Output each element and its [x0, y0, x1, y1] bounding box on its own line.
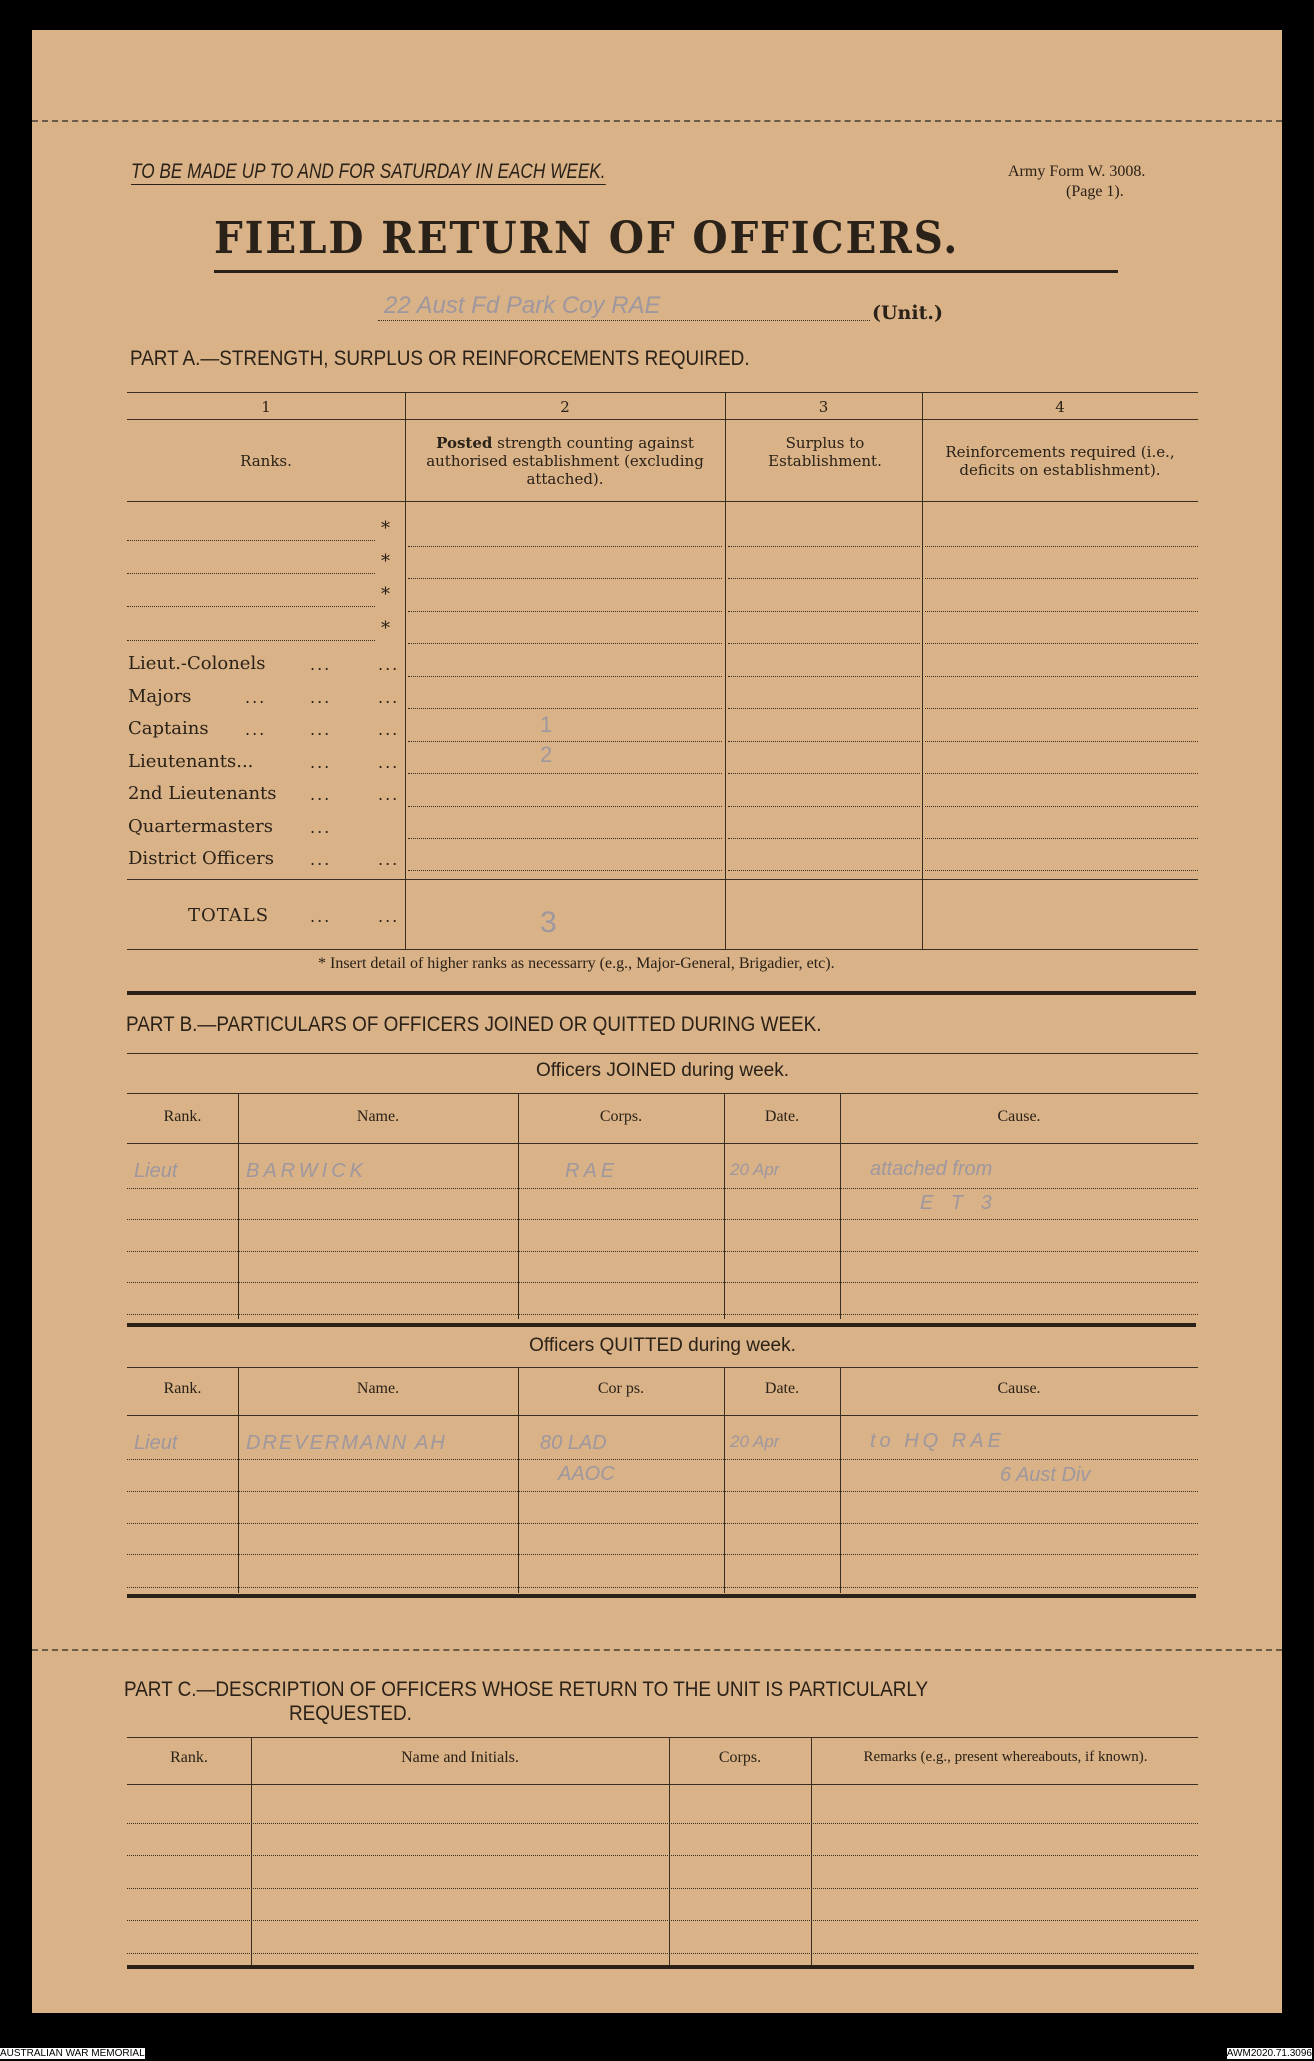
joined-col-divider — [238, 1093, 239, 1319]
joined-row-line[interactable] — [127, 1282, 1198, 1283]
totals-posted-value: 3 — [540, 906, 557, 940]
joined-col-rank: Rank. — [127, 1108, 238, 1126]
part-a-number-rule — [127, 419, 1198, 420]
posted-cell[interactable] — [408, 643, 722, 644]
asterisk: * — [381, 518, 390, 539]
reinforcements-cell[interactable] — [925, 676, 1198, 677]
quitted-col-divider — [518, 1367, 519, 1593]
part-c-heading-line1: PART C.—DESCRIPTION OF OFFICERS WHOSE RE… — [124, 1678, 928, 1702]
part-a-header-rule — [127, 501, 1198, 502]
unit-field-line[interactable] — [378, 320, 870, 321]
joined-row-line[interactable] — [127, 1188, 1198, 1189]
totals-rule — [127, 879, 1198, 880]
higher-rank-field-3[interactable] — [127, 606, 375, 607]
joined-row-line[interactable] — [127, 1219, 1198, 1220]
joined-col-divider — [724, 1093, 725, 1319]
posted-header-bold: Posted — [436, 434, 492, 452]
joined-col-corps: Corps. — [518, 1108, 724, 1126]
quitted-row-line[interactable] — [127, 1554, 1198, 1555]
reinforcements-cell[interactable] — [925, 546, 1198, 547]
quitted-col-divider — [238, 1367, 239, 1593]
quitted-corps-value-2: AAOC — [558, 1463, 615, 1486]
posted-cell[interactable] — [408, 838, 722, 839]
part-c-row-line[interactable] — [127, 1823, 1198, 1824]
captains-posted-value: 1 — [540, 712, 552, 738]
rank-label: Majors — [128, 686, 191, 707]
page-number: (Page 1). — [1066, 183, 1124, 201]
joined-cause-value-2: E T 3 — [920, 1192, 998, 1215]
joined-rank-value: Lieut — [134, 1160, 177, 1183]
reinforcements-cell[interactable] — [925, 806, 1198, 807]
quitted-rank-value: Lieut — [134, 1432, 177, 1455]
reinforcements-cell[interactable] — [925, 838, 1198, 839]
surplus-cell[interactable] — [728, 870, 920, 871]
quitted-title-rule — [127, 1367, 1198, 1368]
leader-dots: ... — [310, 753, 331, 772]
surplus-cell[interactable] — [728, 708, 920, 709]
leader-dots: ... — [310, 850, 331, 869]
rank-label: 2nd Lieutenants — [128, 783, 277, 804]
posted-header: Posted strength counting against authori… — [420, 434, 710, 488]
joined-name-value: BARWICK — [246, 1160, 367, 1183]
asterisk: * — [381, 551, 390, 572]
joined-col-divider — [840, 1093, 841, 1319]
part-c-top-rule — [127, 1737, 1198, 1738]
leader-dots: ... — [310, 785, 331, 804]
part-c-row-line[interactable] — [127, 1953, 1198, 1954]
reinforcements-cell[interactable] — [925, 611, 1198, 612]
joined-col-date: Date. — [724, 1108, 840, 1126]
surplus-cell[interactable] — [728, 806, 920, 807]
quitted-col-rank: Rank. — [127, 1380, 238, 1398]
leader-dots: ... — [245, 720, 266, 739]
part-a-thick-rule — [127, 991, 1196, 995]
part-a-col-divider-3 — [922, 392, 923, 949]
surplus-cell[interactable] — [728, 643, 920, 644]
leader-dots: ... — [378, 655, 399, 674]
surplus-cell[interactable] — [728, 838, 920, 839]
quitted-row-line[interactable] — [127, 1459, 1198, 1460]
joined-title: Officers JOINED during week. — [127, 1060, 1198, 1082]
form-number: Army Form W. 3008. — [1008, 163, 1145, 181]
leader-dots: ... — [378, 907, 399, 926]
reinforcements-cell[interactable] — [925, 578, 1198, 579]
leader-dots: ... — [378, 753, 399, 772]
part-c-row-line[interactable] — [127, 1888, 1198, 1889]
leader-dots: ... — [310, 818, 331, 837]
column-number-4: 4 — [922, 398, 1198, 416]
surplus-cell[interactable] — [728, 578, 920, 579]
part-c-col-divider — [669, 1737, 670, 1965]
joined-col-cause: Cause. — [840, 1108, 1198, 1126]
leader-dots: ... — [245, 688, 266, 707]
rank-label: Lieut.-Colonels — [128, 653, 265, 674]
quitted-cause-value-2: 6 Aust Div — [1000, 1464, 1090, 1487]
rank-label: District Officers — [128, 848, 274, 869]
posted-cell[interactable] — [408, 611, 722, 612]
column-number-3: 3 — [725, 398, 922, 416]
quitted-col-divider — [724, 1367, 725, 1593]
quitted-corps-value: 80 LAD — [540, 1432, 607, 1455]
ranks-header: Ranks. — [127, 452, 405, 470]
joined-cause-value: attached from — [870, 1158, 992, 1181]
part-b-heading: PART B.—PARTICULARS OF OFFICERS JOINED O… — [126, 1013, 822, 1037]
part-a-col-divider-1 — [405, 392, 406, 949]
higher-rank-field-1[interactable] — [127, 540, 375, 541]
reinforcements-header: Reinforcements required (i.e., deficits … — [930, 443, 1190, 479]
quitted-col-divider — [840, 1367, 841, 1593]
surplus-cell[interactable] — [728, 611, 920, 612]
lieutenants-posted-value: 2 — [540, 742, 552, 768]
posted-cell[interactable] — [408, 676, 722, 677]
part-b-top-rule — [127, 1053, 1198, 1054]
part-c-col-remarks: Remarks (e.g., present whereabouts, if k… — [813, 1749, 1198, 1766]
quitted-cause-value: to HQ RAE — [870, 1430, 1005, 1453]
perforation-top — [32, 120, 1282, 122]
leader-dots: ... — [310, 655, 331, 674]
surplus-header: Surplus to Establishment. — [740, 434, 910, 470]
part-a-col-divider-2 — [725, 392, 726, 949]
posted-cell[interactable] — [408, 741, 722, 742]
posted-cell[interactable] — [408, 546, 722, 547]
surplus-cell[interactable] — [728, 773, 920, 774]
leader-dots: ... — [310, 907, 331, 926]
part-c-thick-rule — [127, 1965, 1194, 1969]
part-c-col-divider — [251, 1737, 252, 1965]
joined-corps-value: RAE — [565, 1160, 618, 1183]
quitted-col-cause: Cause. — [840, 1380, 1198, 1398]
footnote: * Insert detail of higher ranks as neces… — [318, 955, 835, 973]
rank-label: Lieutenants... — [128, 751, 253, 772]
quitted-col-date: Date. — [724, 1380, 840, 1398]
quitted-title: Officers QUITTED during week. — [127, 1335, 1198, 1357]
asterisk: * — [381, 618, 390, 639]
unit-label: (Unit.) — [872, 302, 943, 324]
title-underline — [214, 270, 1118, 273]
posted-cell[interactable] — [408, 806, 722, 807]
quitted-col-name: Name. — [238, 1380, 518, 1398]
leader-dots: ... — [310, 720, 331, 739]
leader-dots: ... — [310, 688, 331, 707]
quitted-thick-rule — [127, 1594, 1196, 1598]
leader-dots: ... — [378, 688, 399, 707]
quitted-row-line[interactable] — [127, 1491, 1198, 1492]
quitted-row-line[interactable] — [127, 1587, 1198, 1588]
asterisk: * — [381, 584, 390, 605]
part-c-col-divider — [811, 1737, 812, 1965]
part-c-header-rule — [127, 1784, 1198, 1785]
higher-rank-field-2[interactable] — [127, 573, 375, 574]
joined-row-line[interactable] — [127, 1251, 1198, 1252]
reinforcements-cell[interactable] — [925, 870, 1198, 871]
part-c-row-line[interactable] — [127, 1920, 1198, 1921]
leader-dots: ... — [378, 785, 399, 804]
joined-date-value: 20 Apr — [730, 1160, 779, 1180]
part-c-col-corps: Corps. — [669, 1749, 811, 1767]
quitted-col-corps: Cor ps. — [518, 1380, 724, 1398]
posted-cell[interactable] — [408, 708, 722, 709]
part-a-heading: PART A.—STRENGTH, SURPLUS OR REINFORCEME… — [130, 347, 750, 371]
reinforcements-cell[interactable] — [925, 708, 1198, 709]
leader-dots: ... — [378, 720, 399, 739]
surplus-cell[interactable] — [728, 546, 920, 547]
column-number-2: 2 — [405, 398, 725, 416]
joined-title-rule — [127, 1093, 1198, 1094]
rank-label: Captains — [128, 718, 209, 739]
reinforcements-cell[interactable] — [925, 643, 1198, 644]
part-c-heading-line2: REQUESTED. — [289, 1702, 412, 1726]
reinforcements-cell[interactable] — [925, 773, 1198, 774]
part-c-col-rank: Rank. — [127, 1749, 251, 1767]
surplus-cell[interactable] — [728, 676, 920, 677]
part-c-col-name: Name and Initials. — [251, 1749, 669, 1767]
column-number-1: 1 — [127, 398, 405, 416]
quitted-header-rule — [127, 1415, 1198, 1416]
form-title: FIELD RETURN OF OFFICERS. — [214, 213, 959, 264]
perforation-bottom — [32, 1649, 1282, 1651]
quitted-row-line[interactable] — [127, 1523, 1198, 1524]
quitted-date-value: 20 Apr — [730, 1432, 779, 1452]
joined-header-rule — [127, 1143, 1198, 1144]
higher-rank-field-4[interactable] — [127, 640, 375, 641]
instruction-text: TO BE MADE UP TO AND FOR SATURDAY IN EAC… — [131, 160, 606, 185]
posted-cell[interactable] — [408, 773, 722, 774]
part-c-row-line[interactable] — [127, 1855, 1198, 1856]
quitted-name-value: DREVERMANN AH — [246, 1432, 447, 1455]
rank-label: Quartermasters — [128, 816, 273, 837]
posted-cell[interactable] — [408, 578, 722, 579]
joined-thick-rule — [127, 1323, 1196, 1327]
footer-accession-number: AWM2020.71.3096 — [1227, 2048, 1312, 2059]
part-a-top-rule — [127, 392, 1198, 393]
joined-col-divider — [518, 1093, 519, 1319]
joined-col-name: Name. — [238, 1108, 518, 1126]
surplus-cell[interactable] — [728, 741, 920, 742]
unit-value: 22 Aust Fd Park Coy RAE — [384, 292, 661, 320]
posted-cell[interactable] — [408, 870, 722, 871]
totals-label: TOTALS — [188, 905, 269, 926]
leader-dots: ... — [378, 850, 399, 869]
joined-row-line[interactable] — [127, 1314, 1198, 1315]
reinforcements-cell[interactable] — [925, 741, 1198, 742]
footer-credit: AUSTRALIAN WAR MEMORIAL — [0, 2048, 145, 2059]
part-a-bottom-rule — [127, 949, 1198, 950]
